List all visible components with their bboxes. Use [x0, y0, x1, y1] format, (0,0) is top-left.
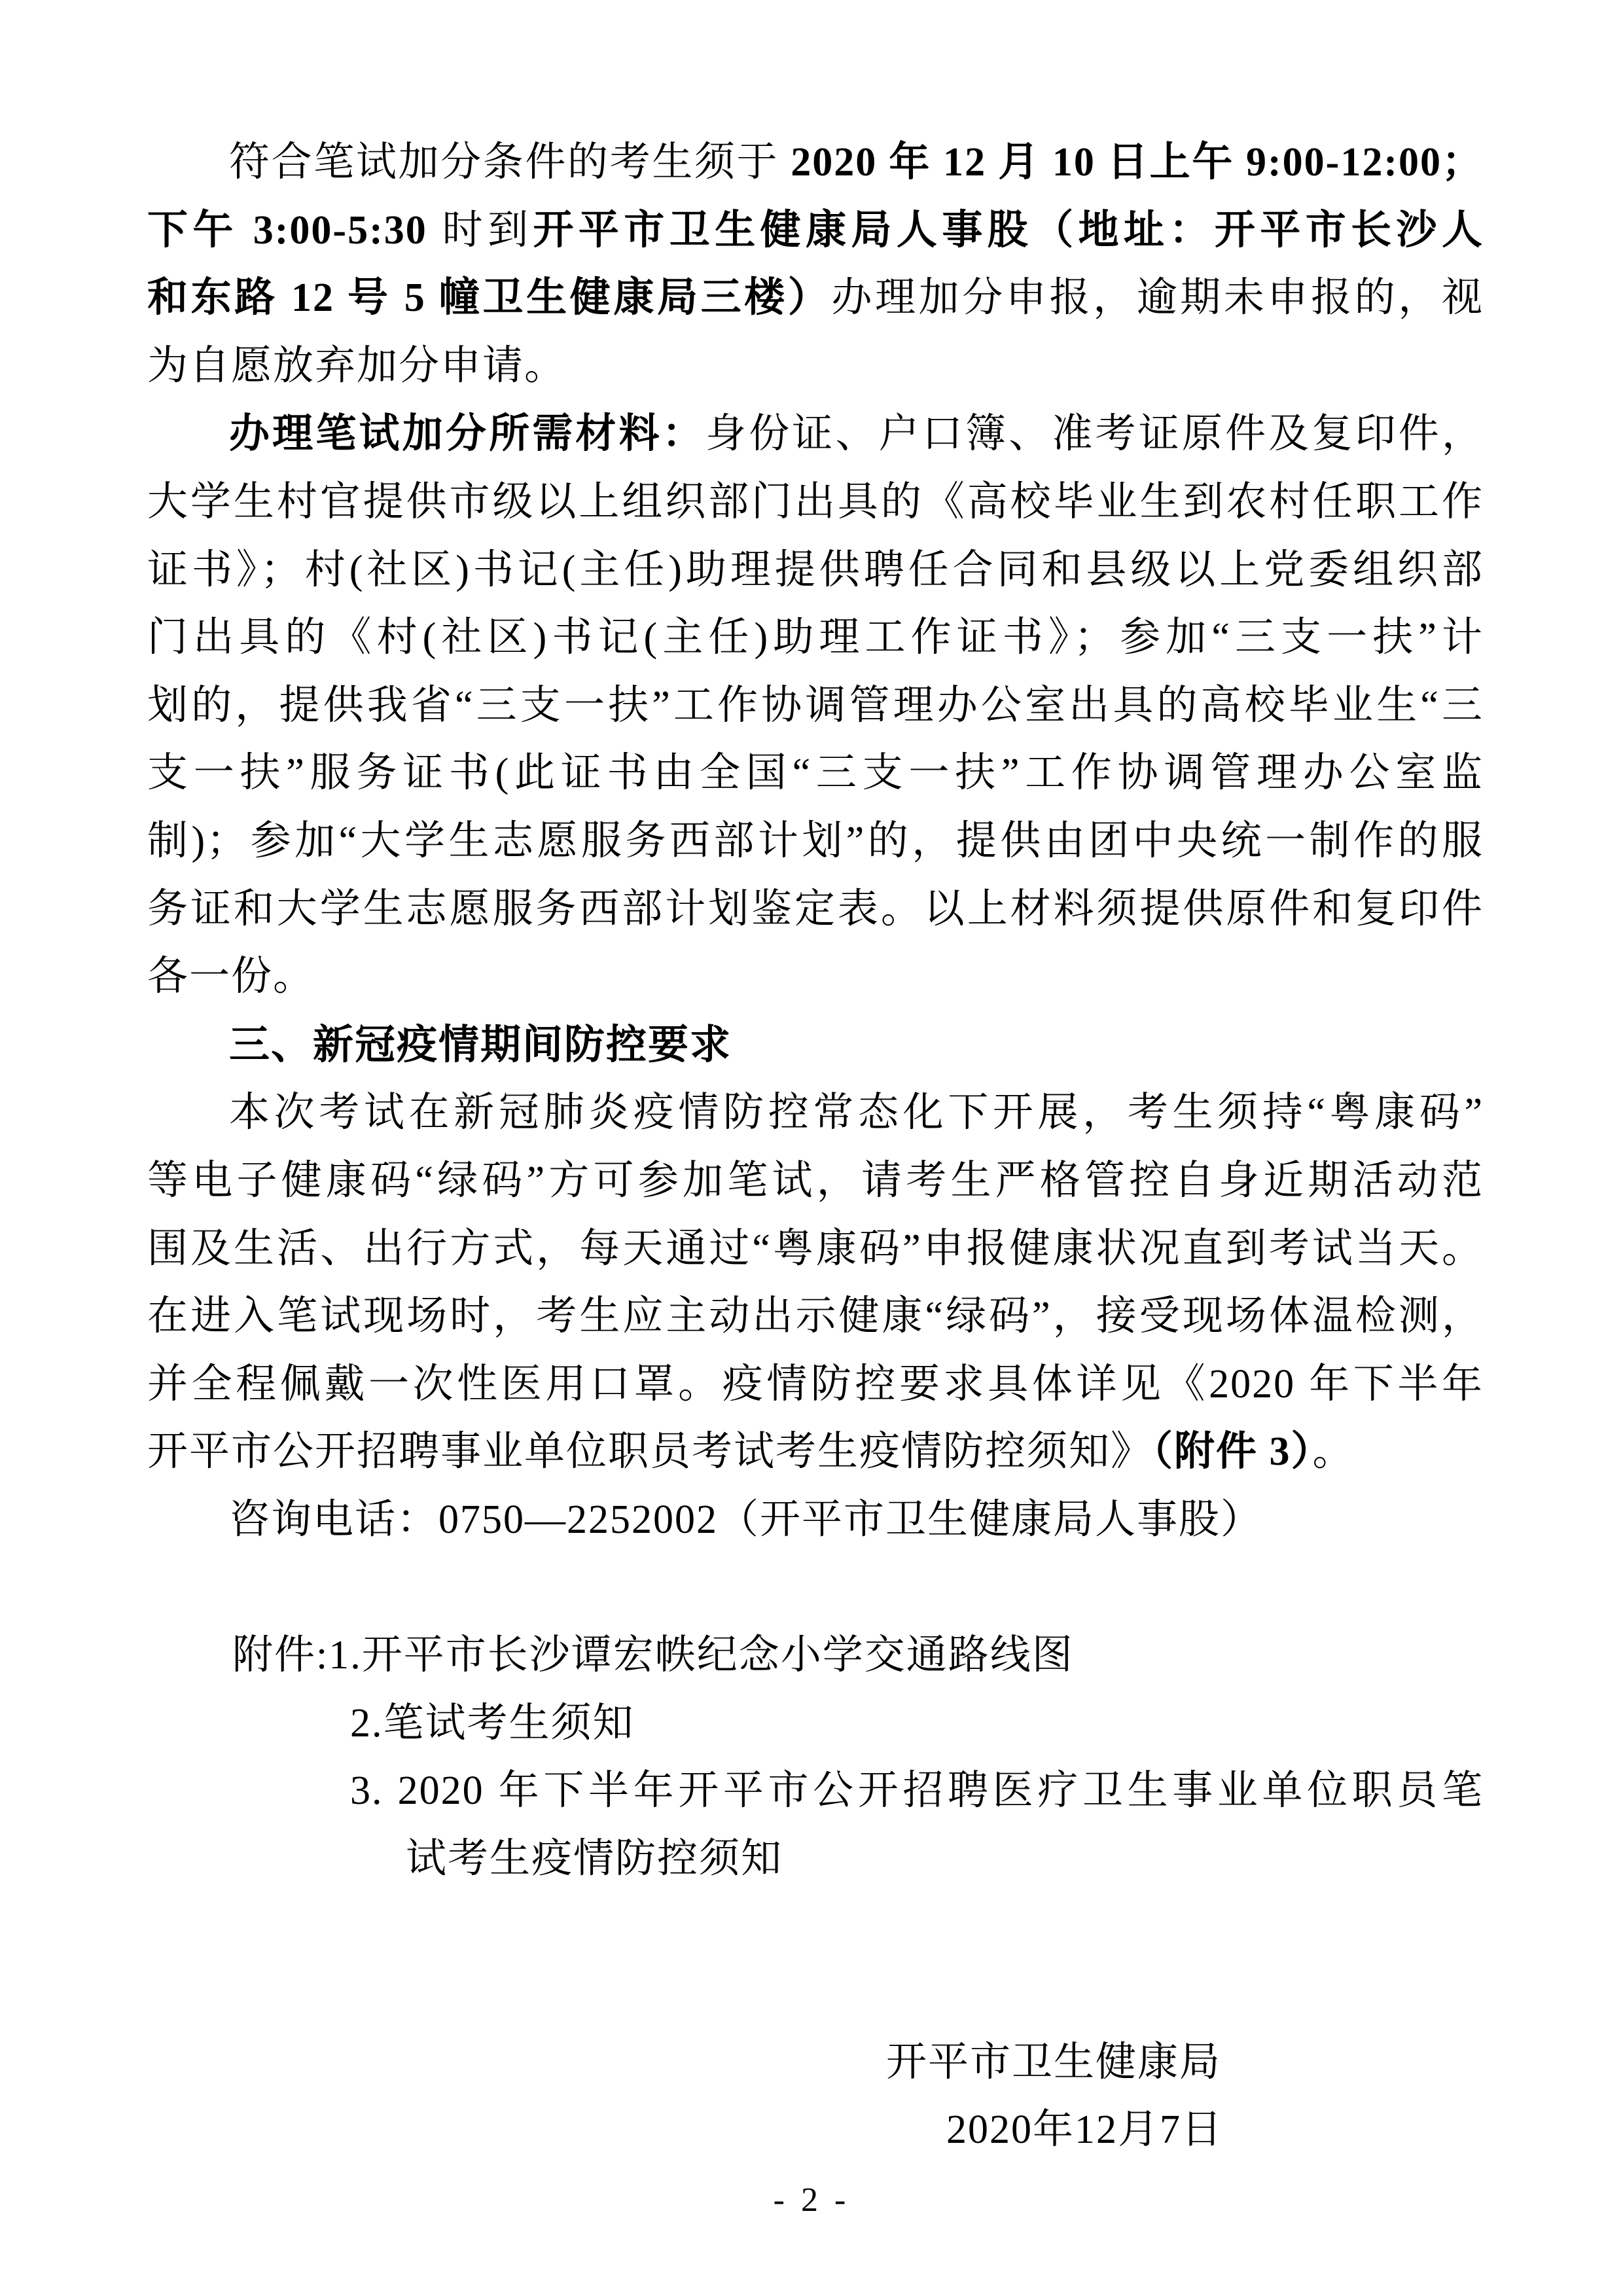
text-segment: 符合笔试加分条件的考生须于	[229, 140, 791, 185]
text-segment: 咨询电话：0750—2252002（开平市卫生健康局人事股）	[229, 1498, 1262, 1542]
text-segment: 3. 2020 年下半年开平市公开招聘医疗卫生事业单位职员笔	[350, 1768, 1484, 1813]
text-segment: 围及生活、出行方式，每天通过“粤康码”申报健康状况直到考试当天。	[147, 1227, 1484, 1271]
text-line-16: 等电子健康码“绿码”方可参加笔试，请考生严格管控自身近期活动范	[147, 1147, 1484, 1215]
text-segment: 门出具的《村(社区)书记(主任)助理工作证书》；参加“三支一扶”计	[147, 615, 1484, 660]
text-segment: 制)；参加“大学生志愿服务西部计划”的，提供由团中央统一制作的服	[147, 819, 1484, 863]
emphasis-text-segment: 下午 3:00-5:30	[147, 208, 442, 253]
text-line-24: 2.笔试考生须知	[147, 1690, 1484, 1758]
emphasis-text-segment: （附件 3）	[1152, 1429, 1313, 1474]
text-line-30: 2020年12月7日	[147, 2096, 1484, 2164]
text-line-5: 办理笔试加分所需材料：身份证、户口簿、准考证原件及复印件，	[147, 400, 1484, 469]
text-line-17: 围及生活、出行方式，每天通过“粤康码”申报健康状况直到考试当天。	[147, 1215, 1484, 1283]
text-line-23: 附件:1.开平市长沙谭宏帙纪念小学交通路线图	[147, 1622, 1484, 1690]
text-segment: 开平市公开招聘事业单位职员考试考生疫情防控须知》	[147, 1429, 1152, 1474]
text-line-13: 各一份。	[147, 943, 1484, 1011]
emphasis-text-segment: 2020 年 12 月 10 日上午 9:00-12:00；	[791, 140, 1484, 185]
text-segment: 各一份。	[147, 954, 315, 999]
text-line-9: 划的，提供我省“三支一扶”工作协调管理办公室出具的高校毕业生“三	[147, 672, 1484, 740]
emphasis-text-segment: 三、新冠疫情期间防控要求	[229, 1022, 732, 1067]
page-number: - 2 -	[0, 2181, 1623, 2219]
text-segment: 试考生疫情防控须知	[406, 1837, 783, 1881]
text-line-29: 开平市卫生健康局	[147, 2029, 1484, 2097]
emphasis-text-segment: 和东路 12 号 5 幢卫生健康局三楼）	[147, 276, 831, 320]
text-segment: 并全程佩戴一次性医用口罩。疫情防控要求具体详见《2020 年下半年	[147, 1362, 1484, 1407]
text-segment: 在进入笔试现场时，考生应主动出示健康“绿码”，接受现场体温检测，	[147, 1294, 1484, 1338]
emphasis-text-segment: 开平市卫生健康局人事股（地址：开平市长沙人	[533, 208, 1484, 253]
text-line-12: 务证和大学生志愿服务西部计划鉴定表。以上材料须提供原件和复印件	[147, 876, 1484, 944]
text-segment: 附件:1.开平市长沙谭宏帙纪念小学交通路线图	[232, 1633, 1074, 1677]
emphasis-text-segment: 办理笔试加分所需材料：	[229, 411, 705, 456]
text-line-10: 支一扶”服务证书(此证书由全国“三支一扶”工作协调管理办公室监	[147, 740, 1484, 808]
text-line-14: 三、新冠疫情期间防控要求	[147, 1011, 1484, 1080]
text-line-15: 本次考试在新冠肺炎疫情防控常态化下开展，考生须持“粤康码”	[147, 1079, 1484, 1147]
text-segment: 办理加分申报，逾期未申报的，视	[831, 276, 1484, 320]
text-line-20: 开平市公开招聘事业单位职员考试考生疫情防控须知》（附件 3）。	[147, 1418, 1484, 1486]
document-body: 符合笔试加分条件的考生须于 2020 年 12 月 10 日上午 9:00-12…	[147, 129, 1484, 2164]
text-line-28	[147, 1961, 1484, 2029]
text-segment: 为自愿放弃加分申请。	[147, 344, 566, 388]
text-segment: 大学生村官提供市级以上组织部门出具的《高校毕业生到农村任职工作	[147, 480, 1484, 524]
text-segment: 2020年12月7日	[946, 2108, 1223, 2152]
text-line-21: 咨询电话：0750—2252002（开平市卫生健康局人事股）	[147, 1486, 1484, 1554]
text-line-7: 证书》；村(社区)书记(主任)助理提供聘任合同和县级以上党委组织部	[147, 537, 1484, 605]
text-line-6: 大学生村官提供市级以上组织部门出具的《高校毕业生到农村任职工作	[147, 469, 1484, 537]
text-segment: 本次考试在新冠肺炎疫情防控常态化下开展，考生须持“粤康码”	[229, 1090, 1484, 1135]
text-line-27	[147, 1893, 1484, 1961]
text-line-8: 门出具的《村(社区)书记(主任)助理工作证书》；参加“三支一扶”计	[147, 604, 1484, 672]
text-segment: 划的，提供我省“三支一扶”工作协调管理办公室出具的高校毕业生“三	[147, 683, 1484, 728]
text-line-1: 符合笔试加分条件的考生须于 2020 年 12 月 10 日上午 9:00-12…	[147, 129, 1484, 197]
text-line-26: 试考生疫情防控须知	[147, 1825, 1484, 1893]
document-page: 符合笔试加分条件的考生须于 2020 年 12 月 10 日上午 9:00-12…	[0, 0, 1623, 2296]
text-segment: 证书》；村(社区)书记(主任)助理提供聘任合同和县级以上党委组织部	[147, 548, 1484, 592]
text-line-25: 3. 2020 年下半年开平市公开招聘医疗卫生事业单位职员笔	[147, 1757, 1484, 1825]
text-line-19: 并全程佩戴一次性医用口罩。疫情防控要求具体详见《2020 年下半年	[147, 1351, 1484, 1419]
text-segment: 支一扶”服务证书(此证书由全国“三支一扶”工作协调管理办公室监	[147, 751, 1484, 795]
text-line-11: 制)；参加“大学生志愿服务西部计划”的，提供由团中央统一制作的服	[147, 808, 1484, 876]
text-segment: 时到	[442, 208, 533, 253]
text-segment: 身份证、户口簿、准考证原件及复印件，	[705, 412, 1484, 456]
text-segment: 等电子健康码“绿码”方可参加笔试，请考生严格管控自身近期活动范	[147, 1158, 1484, 1203]
text-segment: 。	[1313, 1429, 1355, 1474]
text-line-22	[147, 1554, 1484, 1622]
text-line-18: 在进入笔试现场时，考生应主动出示健康“绿码”，接受现场体温检测，	[147, 1283, 1484, 1351]
text-segment: 务证和大学生志愿服务西部计划鉴定表。以上材料须提供原件和复印件	[147, 887, 1484, 931]
text-line-4: 为自愿放弃加分申请。	[147, 332, 1484, 401]
text-segment: 2.笔试考生须知	[350, 1701, 635, 1746]
text-segment: 开平市卫生健康局	[886, 2040, 1221, 2085]
text-line-3: 和东路 12 号 5 幢卫生健康局三楼）办理加分申报，逾期未申报的，视	[147, 264, 1484, 332]
text-line-2: 下午 3:00-5:30 时到开平市卫生健康局人事股（地址：开平市长沙人	[147, 197, 1484, 265]
